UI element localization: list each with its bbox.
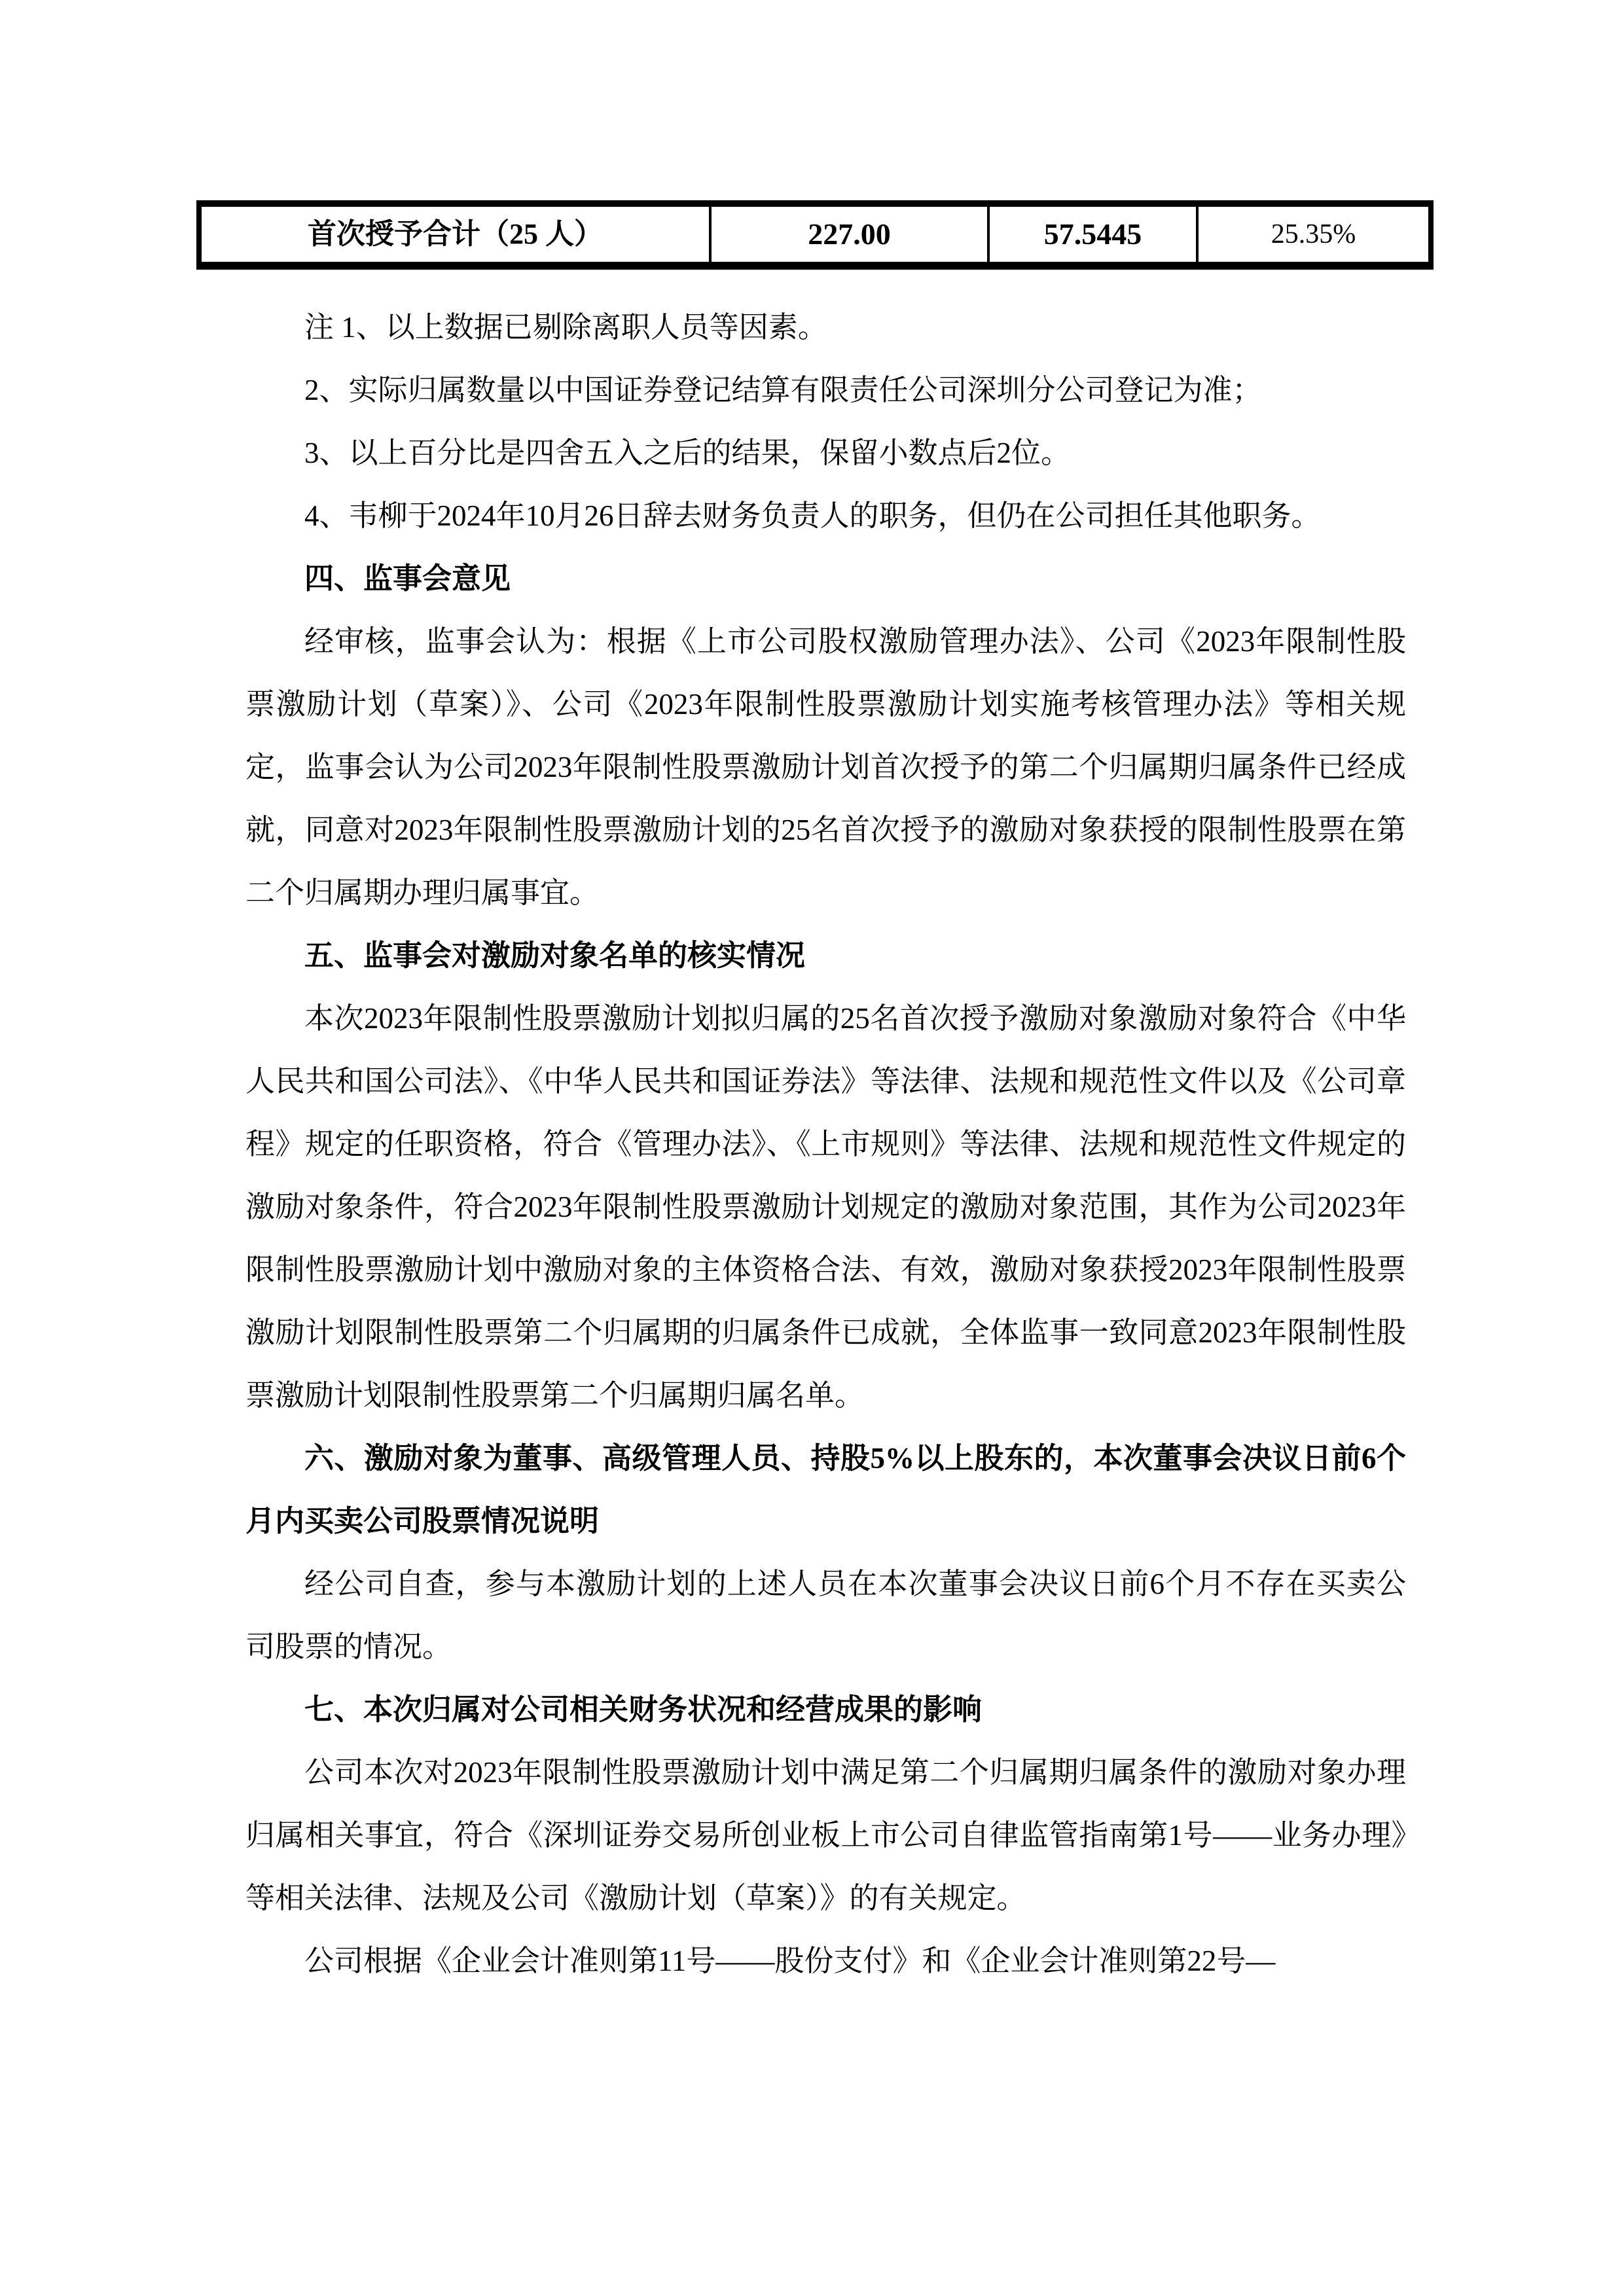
- table-cell-granted-quantity: 227.00: [709, 207, 987, 262]
- document-page: 首次授予合计（25 人） 227.00 57.5445 25.35% 注 1、以…: [0, 0, 1624, 2296]
- section-4-paragraph-1: 经审核，监事会认为：根据《上市公司股权激励管理办法》、公司《2023年限制性股票…: [245, 610, 1406, 924]
- section-heading-6: 六、激励对象为董事、高级管理人员、持股5%以上股东的，本次董事会决议日前6个月内…: [245, 1427, 1406, 1552]
- section-incentive-list-verification: 五、监事会对激励对象名单的核实情况 本次2023年限制性股票激励计划拟归属的25…: [245, 924, 1406, 1427]
- section-share-trading-statement: 六、激励对象为董事、高级管理人员、持股5%以上股东的，本次董事会决议日前6个月内…: [245, 1427, 1406, 1678]
- section-heading-4: 四、监事会意见: [245, 547, 1406, 610]
- section-5-paragraph-1: 本次2023年限制性股票激励计划拟归属的25名首次授予激励对象激励对象符合《中华…: [245, 987, 1406, 1427]
- table-cell-grant-total-label: 首次授予合计（25 人）: [202, 207, 709, 262]
- section-financial-impact: 七、本次归属对公司相关财务状况和经营成果的影响 公司本次对2023年限制性股票激…: [245, 1678, 1406, 1992]
- note-line-2: 2、实际归属数量以中国证券登记结算有限责任公司深圳分公司登记为准；: [245, 359, 1406, 422]
- note-line-1: 注 1、以上数据已剔除离职人员等因素。: [245, 296, 1406, 359]
- table-cell-vested-quantity: 57.5445: [987, 207, 1196, 262]
- table-cell-percentage: 25.35%: [1196, 207, 1428, 262]
- section-7-paragraph-2: 公司根据《企业会计准则第11号——股份支付》和《企业会计准则第22号—: [245, 1929, 1406, 1992]
- section-supervisory-board-opinion: 四、监事会意见 经审核，监事会认为：根据《上市公司股权激励管理办法》、公司《20…: [245, 547, 1406, 924]
- vesting-summary-table: 首次授予合计（25 人） 227.00 57.5445 25.35%: [196, 200, 1434, 270]
- section-heading-7: 七、本次归属对公司相关财务状况和经营成果的影响: [245, 1678, 1406, 1741]
- note-line-4: 4、韦柳于2024年10月26日辞去财务负责人的职务，但仍在公司担任其他职务。: [245, 484, 1406, 547]
- note-line-3: 3、以上百分比是四舍五入之后的结果，保留小数点后2位。: [245, 422, 1406, 484]
- section-6-paragraph-1: 经公司自查，参与本激励计划的上述人员在本次董事会决议日前6个月不存在买卖公司股票…: [245, 1552, 1406, 1678]
- section-7-paragraph-1: 公司本次对2023年限制性股票激励计划中满足第二个归属期归属条件的激励对象办理归…: [245, 1741, 1406, 1929]
- section-heading-5: 五、监事会对激励对象名单的核实情况: [245, 924, 1406, 987]
- table-notes: 注 1、以上数据已剔除离职人员等因素。 2、实际归属数量以中国证券登记结算有限责…: [245, 296, 1406, 547]
